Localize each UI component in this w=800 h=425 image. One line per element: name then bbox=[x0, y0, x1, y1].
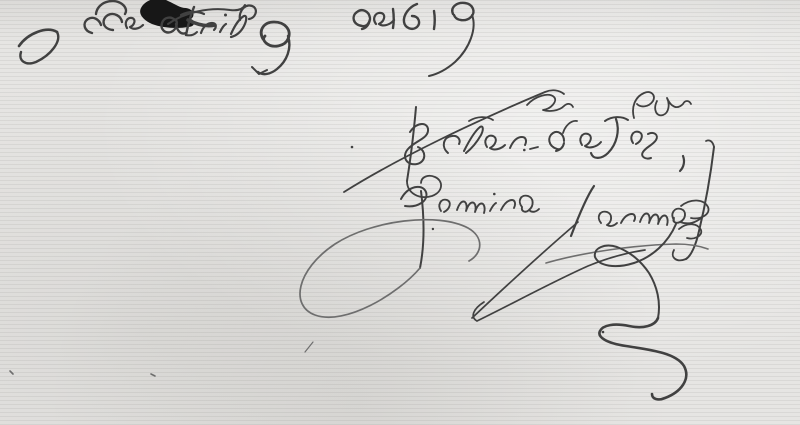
y-glyph bbox=[19, 30, 57, 46]
dejes-e bbox=[580, 134, 601, 148]
manuscript-ink bbox=[0, 0, 800, 425]
cler-r bbox=[510, 137, 526, 148]
digit-1a bbox=[393, 9, 394, 28]
stray-stroke-left bbox=[305, 342, 313, 352]
dejes-e2 bbox=[631, 132, 641, 144]
de-word-2e bbox=[374, 13, 394, 26]
de-word-1b bbox=[104, 14, 122, 30]
cler-dash bbox=[530, 147, 538, 149]
cler-period bbox=[523, 149, 526, 152]
name-r2 bbox=[621, 214, 635, 223]
crossing-diagonal-2 bbox=[473, 250, 645, 321]
scribble-du-2 bbox=[633, 92, 691, 118]
monogram-descender-curl bbox=[407, 176, 441, 197]
name-i bbox=[490, 203, 496, 211]
name-m2 bbox=[640, 213, 668, 225]
name-r bbox=[501, 200, 515, 210]
date-line-handwriting bbox=[19, 0, 474, 76]
digit-1b bbox=[434, 11, 435, 29]
crossing-diagonal-1 bbox=[472, 222, 578, 318]
nine-1-head bbox=[261, 22, 289, 46]
dejes-d-ascender bbox=[563, 121, 577, 133]
ink-speck-1 bbox=[351, 146, 354, 149]
monogram-figure8 bbox=[405, 124, 428, 164]
pretzel-loop bbox=[595, 224, 676, 318]
digit-9-head bbox=[452, 3, 473, 20]
trailing-three-curl bbox=[599, 318, 686, 399]
ink-speck-2 bbox=[602, 331, 605, 334]
digit-6 bbox=[404, 4, 419, 29]
cler-l bbox=[464, 126, 483, 153]
de-word-2 bbox=[354, 10, 370, 29]
dejes-d bbox=[549, 132, 564, 151]
ascending-diagonal-stroke bbox=[344, 90, 564, 192]
name-e bbox=[439, 200, 449, 212]
cutoff-loop-stroke bbox=[96, 1, 126, 14]
paraph-flourishes bbox=[10, 220, 708, 400]
dejes-J bbox=[591, 119, 618, 158]
dejes-s bbox=[642, 133, 657, 159]
comma bbox=[680, 156, 684, 171]
end-flourish-bottom-curl bbox=[673, 250, 686, 260]
y-glyph-tail bbox=[20, 32, 58, 63]
stray-speck-bottom-left-2 bbox=[151, 374, 155, 376]
end-flourish-top-hook bbox=[706, 140, 714, 147]
de-word-1c bbox=[126, 18, 143, 29]
stray-speck-bottom-left-1 bbox=[10, 371, 13, 374]
abril-i bbox=[220, 24, 226, 32]
big-oval-loop bbox=[300, 220, 480, 318]
name-long-s bbox=[571, 186, 594, 236]
abril-i-dot bbox=[224, 14, 227, 17]
name-o bbox=[672, 209, 702, 224]
de-word-1 bbox=[85, 18, 101, 33]
end-flourish-stem bbox=[686, 147, 714, 259]
abril-l bbox=[231, 16, 246, 37]
name-a2 bbox=[599, 212, 617, 226]
name-i-dot bbox=[493, 193, 496, 196]
name-a bbox=[520, 196, 539, 212]
manuscript-page: y de abril 9 de 1619 du du clér. de Jes… bbox=[0, 0, 800, 425]
ink-speck-3 bbox=[432, 228, 434, 230]
cler-c bbox=[444, 136, 460, 153]
name-m bbox=[457, 201, 485, 213]
signature-block-handwriting bbox=[344, 90, 714, 268]
cler-e bbox=[485, 136, 505, 150]
